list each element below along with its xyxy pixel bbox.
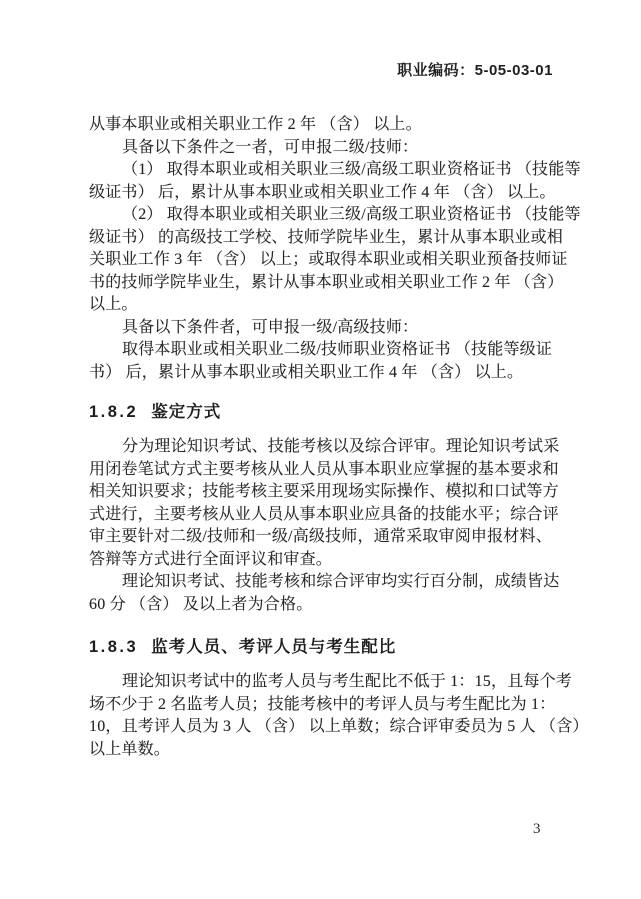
- section-heading-appraisal-method: 1.8.2鉴定方式: [89, 401, 563, 423]
- body-line: 书） 后，累计从事本职业或相关职业工作 4 年 （含） 以上。: [89, 362, 563, 385]
- body-line: 具备以下条件之一者，可申报二级/技师：: [89, 137, 563, 160]
- section-heading-examiner-ratio: 1.8.3监考人员、考评人员与考生配比: [89, 636, 563, 658]
- body-line: 取得本职业或相关职业二级/技师职业资格证书 （技能等级证: [89, 339, 563, 362]
- body-line: 分为理论知识考试、技能考核以及综合评审。理论知识考试采: [89, 436, 563, 459]
- body-line: 式进行，主要考核从业人员从事本职业应具备的技能水平；综合评: [89, 504, 563, 527]
- body-line: 级证书） 后，累计从事本职业或相关职业工作 4 年 （含） 以上。: [89, 182, 563, 205]
- body-line: 级证书） 的高级技工学校、技师学院毕业生，累计从事本职业或相: [89, 227, 563, 250]
- body-line: 10，且考评人员为 3 人 （含） 以上单数；综合评审委员为 5 人 （含）: [89, 716, 563, 739]
- body-line: （1） 取得本职业或相关职业三级/高级工职业资格证书 （技能等: [89, 159, 563, 182]
- body-line: 书的技师学院毕业生，累计从事本职业或相关职业工作 2 年 （含）: [89, 272, 563, 295]
- document-page: 职业编码：5-05-03-01 从事本职业或相关职业工作 2 年 （含） 以上。…: [0, 0, 641, 899]
- body-line: 从事本职业或相关职业工作 2 年 （含） 以上。: [89, 114, 563, 137]
- section-number: 1.8.3: [89, 638, 138, 656]
- body-line: 以上。: [89, 294, 563, 317]
- document-body: 从事本职业或相关职业工作 2 年 （含） 以上。 具备以下条件之一者，可申报二级…: [89, 114, 563, 761]
- occupation-code: 职业编码：5-05-03-01: [397, 59, 553, 80]
- section-title: 鉴定方式: [151, 403, 221, 421]
- body-line: 60 分 （含） 及以上者为合格。: [89, 594, 563, 617]
- section-number: 1.8.2: [89, 403, 138, 421]
- body-line: 理论知识考试、技能考核和综合评审均实行百分制，成绩皆达: [89, 571, 563, 594]
- body-line: 相关知识要求；技能考核主要采用现场实际操作、模拟和口试等方: [89, 481, 563, 504]
- body-line: 用闭卷笔试方式主要考核从业人员从事本职业应掌握的基本要求和: [89, 459, 563, 482]
- body-line: 场不少于 2 名监考人员；技能考核中的考评人员与考生配比为 1：: [89, 694, 563, 717]
- body-line: 审主要针对二级/技师和一级/高级技师，通常采取审阅申报材料、: [89, 526, 563, 549]
- body-line: 理论知识考试中的监考人员与考生配比不低于 1：15，且每个考: [89, 671, 563, 694]
- body-line: 关职业工作 3 年 （含） 以上；或取得本职业或相关职业预备技师证: [89, 249, 563, 272]
- body-line: 答辩等方式进行全面评议和审查。: [89, 549, 563, 572]
- body-line: （2） 取得本职业或相关职业三级/高级工职业资格证书 （技能等: [89, 204, 563, 227]
- page-number: 3: [533, 821, 541, 838]
- body-line: 具备以下条件者，可申报一级/高级技师：: [89, 317, 563, 340]
- body-line: 以上单数。: [89, 739, 563, 762]
- section-title: 监考人员、考评人员与考生配比: [151, 638, 396, 656]
